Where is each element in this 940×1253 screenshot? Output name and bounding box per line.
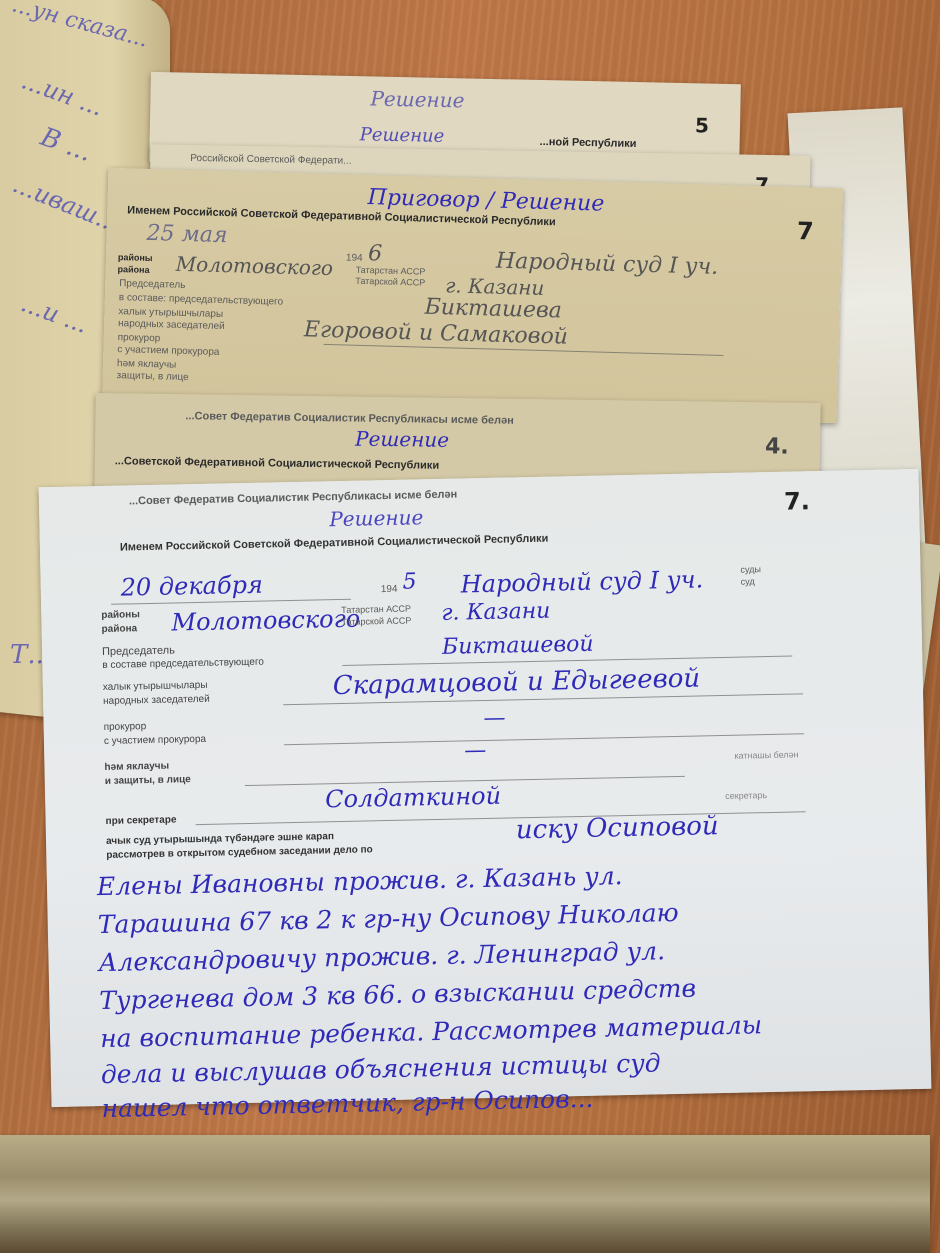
body-line: Александровичу прожив. г. Ленинград ул.: [98, 936, 665, 977]
defense-field: —: [464, 738, 487, 763]
republic-label: Татарской АССР: [355, 276, 425, 288]
printed-header: Российской Советской Федерати...: [190, 153, 351, 167]
folio-number: 4.: [765, 434, 789, 459]
form-label: народных заседателей: [118, 318, 225, 332]
printed-header-tatar: ...Совет Федератив Социалистик Республик…: [185, 410, 514, 427]
district-label: районы: [118, 252, 153, 263]
year-field: 5: [402, 569, 417, 594]
year-field: 6: [368, 241, 383, 266]
prosecutor-label: прокурор: [104, 721, 147, 733]
body-line: иску Осиповой: [516, 811, 719, 845]
court-label: суд: [741, 576, 755, 586]
republic-label: Татарстан АССР: [341, 604, 411, 615]
court-field: Народный суд I уч.: [460, 565, 703, 598]
body-line: Тургенева дом 3 кв 66. о взыскании средс…: [99, 974, 696, 1015]
right-faint-label: катнашы белән: [734, 749, 798, 760]
folio-number: 7: [797, 217, 814, 245]
session-label: рассмотрев в открытом судебном заседании…: [106, 844, 373, 861]
district-label: районы: [101, 609, 140, 621]
form-label: прокурор: [118, 332, 161, 344]
body-line: дела и выслушав объяснения истицы суд: [101, 1048, 661, 1089]
chair-field: Бикташева: [424, 295, 562, 324]
city-field: г. Казани: [441, 599, 551, 626]
defense-label: һәм яклаучы: [104, 761, 169, 773]
court-label: суды: [740, 564, 761, 574]
folio-number: 5: [695, 113, 709, 137]
assessors-label: халык утырышчылары: [103, 680, 208, 693]
form-label: защиты, в лице: [116, 370, 188, 383]
page-stack-edges: [0, 1135, 930, 1253]
printed-header: ...ной Республики: [539, 136, 636, 150]
form-label: Председатель: [119, 278, 185, 291]
secretary-field: Солдаткиной: [325, 782, 501, 814]
form-3: Приговор / Решение Именем Российской Сов…: [102, 168, 843, 423]
body-line: на воспитание ребенка. Рассмотрев матери…: [100, 1010, 762, 1053]
district-label: района: [101, 623, 137, 635]
form-title: Решение: [329, 505, 423, 531]
assessors-label: народных заседателей: [103, 694, 210, 707]
year-label: 194: [381, 584, 398, 595]
defense-label: и защиты, в лице: [105, 774, 191, 787]
form-5: ...Совет Федератив Социалистик Республик…: [39, 469, 932, 1107]
chair-label: Председатель: [102, 644, 175, 658]
notebook-line: В ...: [36, 122, 95, 168]
session-label: ачык суд утырышында түбәндәге эшне карап: [106, 831, 334, 847]
printed-header: Именем Российской Советской Федеративной…: [120, 533, 549, 554]
notebook-line: ...ин ...: [18, 66, 107, 121]
prosecutor-label: с участием прокурора: [104, 734, 206, 747]
date-field: 25 мая: [146, 221, 228, 248]
prosecutor-field: —: [483, 706, 506, 731]
form-label: в составе: председательствующего: [119, 292, 284, 308]
form-label: с участием прокурора: [117, 344, 219, 358]
folio-number: 7.: [784, 487, 810, 516]
chair-sub-label: в составе председательствующего: [102, 657, 264, 671]
form-title: Решение: [360, 124, 445, 147]
body-line: Тарашина 67 кв 2 к гр-ну Осипову Николаю: [97, 898, 678, 939]
body-line: Елены Ивановны прожив. г. Казань ул.: [97, 861, 623, 901]
district-field: Молотовского: [171, 605, 360, 637]
secretary-label: при секретаре: [106, 814, 177, 826]
printed-header: ...Советской Федеративной Социалистическ…: [115, 455, 440, 472]
republic-label: Татарстан АССР: [356, 265, 426, 277]
form-title: Решение: [355, 427, 449, 452]
district-label: района: [117, 264, 149, 275]
form-title: Решение: [370, 86, 464, 112]
form-label: һәм яклаучы: [117, 358, 177, 371]
assessors-field: Скарамцовой и Едыгеевой: [333, 663, 701, 701]
district-field: Молотовского: [175, 252, 333, 280]
notebook-line: ...и ...: [17, 289, 91, 339]
notebook-line: ...ун сказа...: [9, 0, 151, 53]
date-field: 20 декабря: [120, 571, 263, 602]
chair-field: Бикташевой: [442, 632, 594, 660]
year-label: 194: [346, 252, 363, 263]
right-faint-label: секретарь: [725, 790, 767, 801]
republic-label: Татарской АССР: [341, 616, 411, 627]
